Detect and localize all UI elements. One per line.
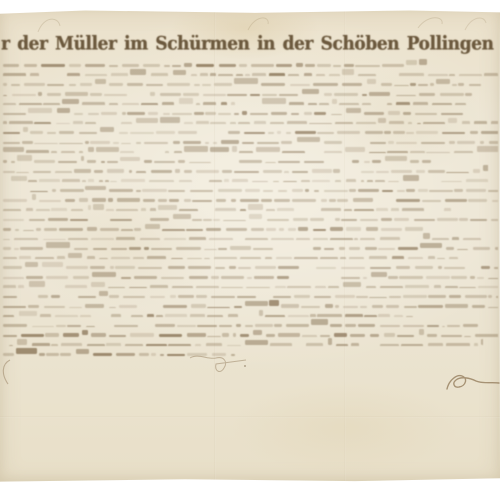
- fold-crease-horizontal: [0, 416, 500, 418]
- manuscript-text-line: [3, 317, 488, 327]
- manuscript-text-line: [3, 96, 493, 106]
- photo-canvas: r der Müller im Schürmen in der Schöben …: [0, 0, 500, 500]
- line-end-flourish: [188, 350, 252, 380]
- manuscript-text-line: [3, 308, 498, 318]
- manuscript-text-line: [3, 115, 498, 125]
- manuscript-text-line: [3, 67, 498, 77]
- manuscript-text-line: [3, 327, 498, 337]
- manuscript-document: r der Müller im Schürmen in der Schöben …: [0, 10, 500, 483]
- manuscript-text-line: [3, 86, 498, 96]
- manuscript-text-line: [3, 221, 498, 231]
- line-start-flourish: [0, 358, 14, 386]
- manuscript-heading: r der Müller im Schürmen in der Schöben …: [1, 31, 500, 60]
- manuscript-text-line: [3, 231, 493, 241]
- parchment-stain: [230, 380, 460, 475]
- manuscript-text-line: [3, 153, 498, 163]
- manuscript-text-line: [3, 337, 483, 347]
- manuscript-text-line: [3, 134, 498, 144]
- manuscript-text-line: [3, 259, 498, 269]
- manuscript-text-line: [3, 202, 498, 212]
- manuscript-text-line: [3, 124, 498, 134]
- manuscript-text-line: [3, 279, 498, 289]
- manuscript-text-line: [3, 211, 498, 221]
- manuscript-text-line: [3, 57, 498, 67]
- manuscript-text-line: [3, 288, 498, 298]
- manuscript-text-line: [3, 173, 498, 183]
- manuscript-text-line: [3, 76, 498, 86]
- manuscript-body-text: [3, 57, 498, 356]
- manuscript-text-line: [3, 240, 498, 250]
- manuscript-text-line: [3, 298, 498, 308]
- manuscript-text-line: [3, 269, 498, 279]
- manuscript-text-line: [3, 163, 488, 173]
- manuscript-text-line: [3, 250, 498, 260]
- manuscript-text-line: [3, 144, 498, 154]
- manuscript-text-line: [3, 192, 498, 202]
- manuscript-text-line: [3, 182, 498, 192]
- manuscript-text-line: [3, 105, 498, 115]
- signature-flourish: [443, 368, 500, 398]
